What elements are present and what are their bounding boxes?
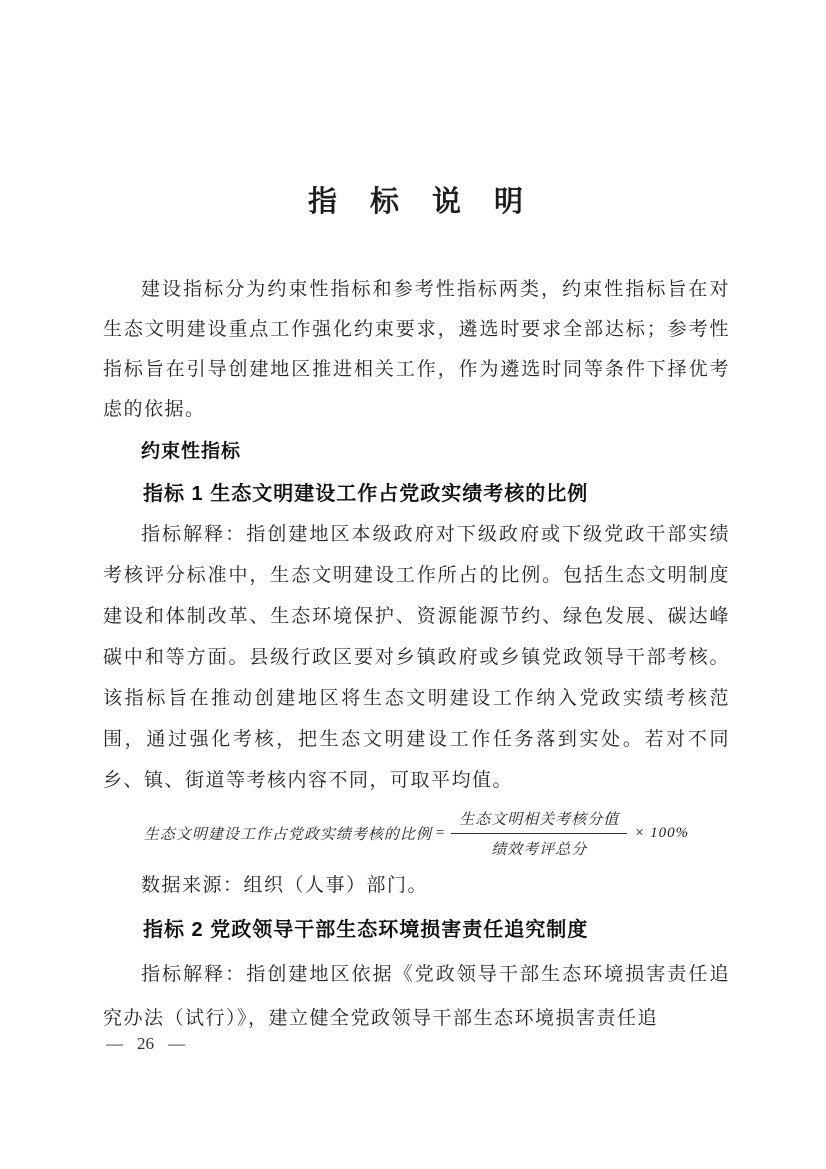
indicator-1-data-source: 数据来源：组织（人事）部门。 <box>103 865 730 907</box>
indicator-1-explanation: 指标解释：指创建地区本级政府对下级政府或下级党政干部实绩考核评分标准中，生态文明… <box>103 514 730 801</box>
fraction-denominator: 绩效考评总分 <box>483 834 595 859</box>
indicator-2-explanation: 指标解释：指创建地区依据《党政领导干部生态环境损害责任追究办法（试行）》，建立健… <box>103 953 730 1041</box>
page-number: 26 <box>137 1034 154 1054</box>
indicator-1-heading: 指标 1 生态文明建设工作占党政实绩考核的比例 <box>103 474 730 514</box>
formula-equals-sign: = <box>436 825 445 842</box>
formula-fraction: 生态文明相关考核分值 绩效考评总分 <box>451 808 627 859</box>
page-footer: — 26 — <box>106 1034 185 1054</box>
indicator-1-formula: 生态文明建设工作占党政实绩考核的比例 = 生态文明相关考核分值 绩效考评总分 ×… <box>103 801 730 865</box>
intro-paragraph: 建设指标分为约束性指标和参考性指标两类，约束性指标旨在对生态文明建设重点工作强化… <box>103 270 730 430</box>
page-number-dash-right: — <box>168 1034 185 1054</box>
page-title: 指 标 说 明 <box>103 184 730 220</box>
page-number-dash-left: — <box>106 1034 123 1054</box>
section-heading-binding-indicators: 约束性指标 <box>103 430 730 474</box>
document-page: 指 标 说 明 建设指标分为约束性指标和参考性指标两类，约束性指标旨在对生态文明… <box>0 0 826 1169</box>
fraction-numerator: 生态文明相关考核分值 <box>451 808 627 834</box>
formula-multiplier: × 100% <box>634 825 689 842</box>
formula-lhs: 生态文明建设工作占党政实绩考核的比例 <box>144 823 432 844</box>
document-content: 指 标 说 明 建设指标分为约束性指标和参考性指标两类，约束性指标旨在对生态文明… <box>0 0 826 1041</box>
indicator-2-heading: 指标 2 党政领导干部生态环境损害责任追究制度 <box>103 907 730 953</box>
